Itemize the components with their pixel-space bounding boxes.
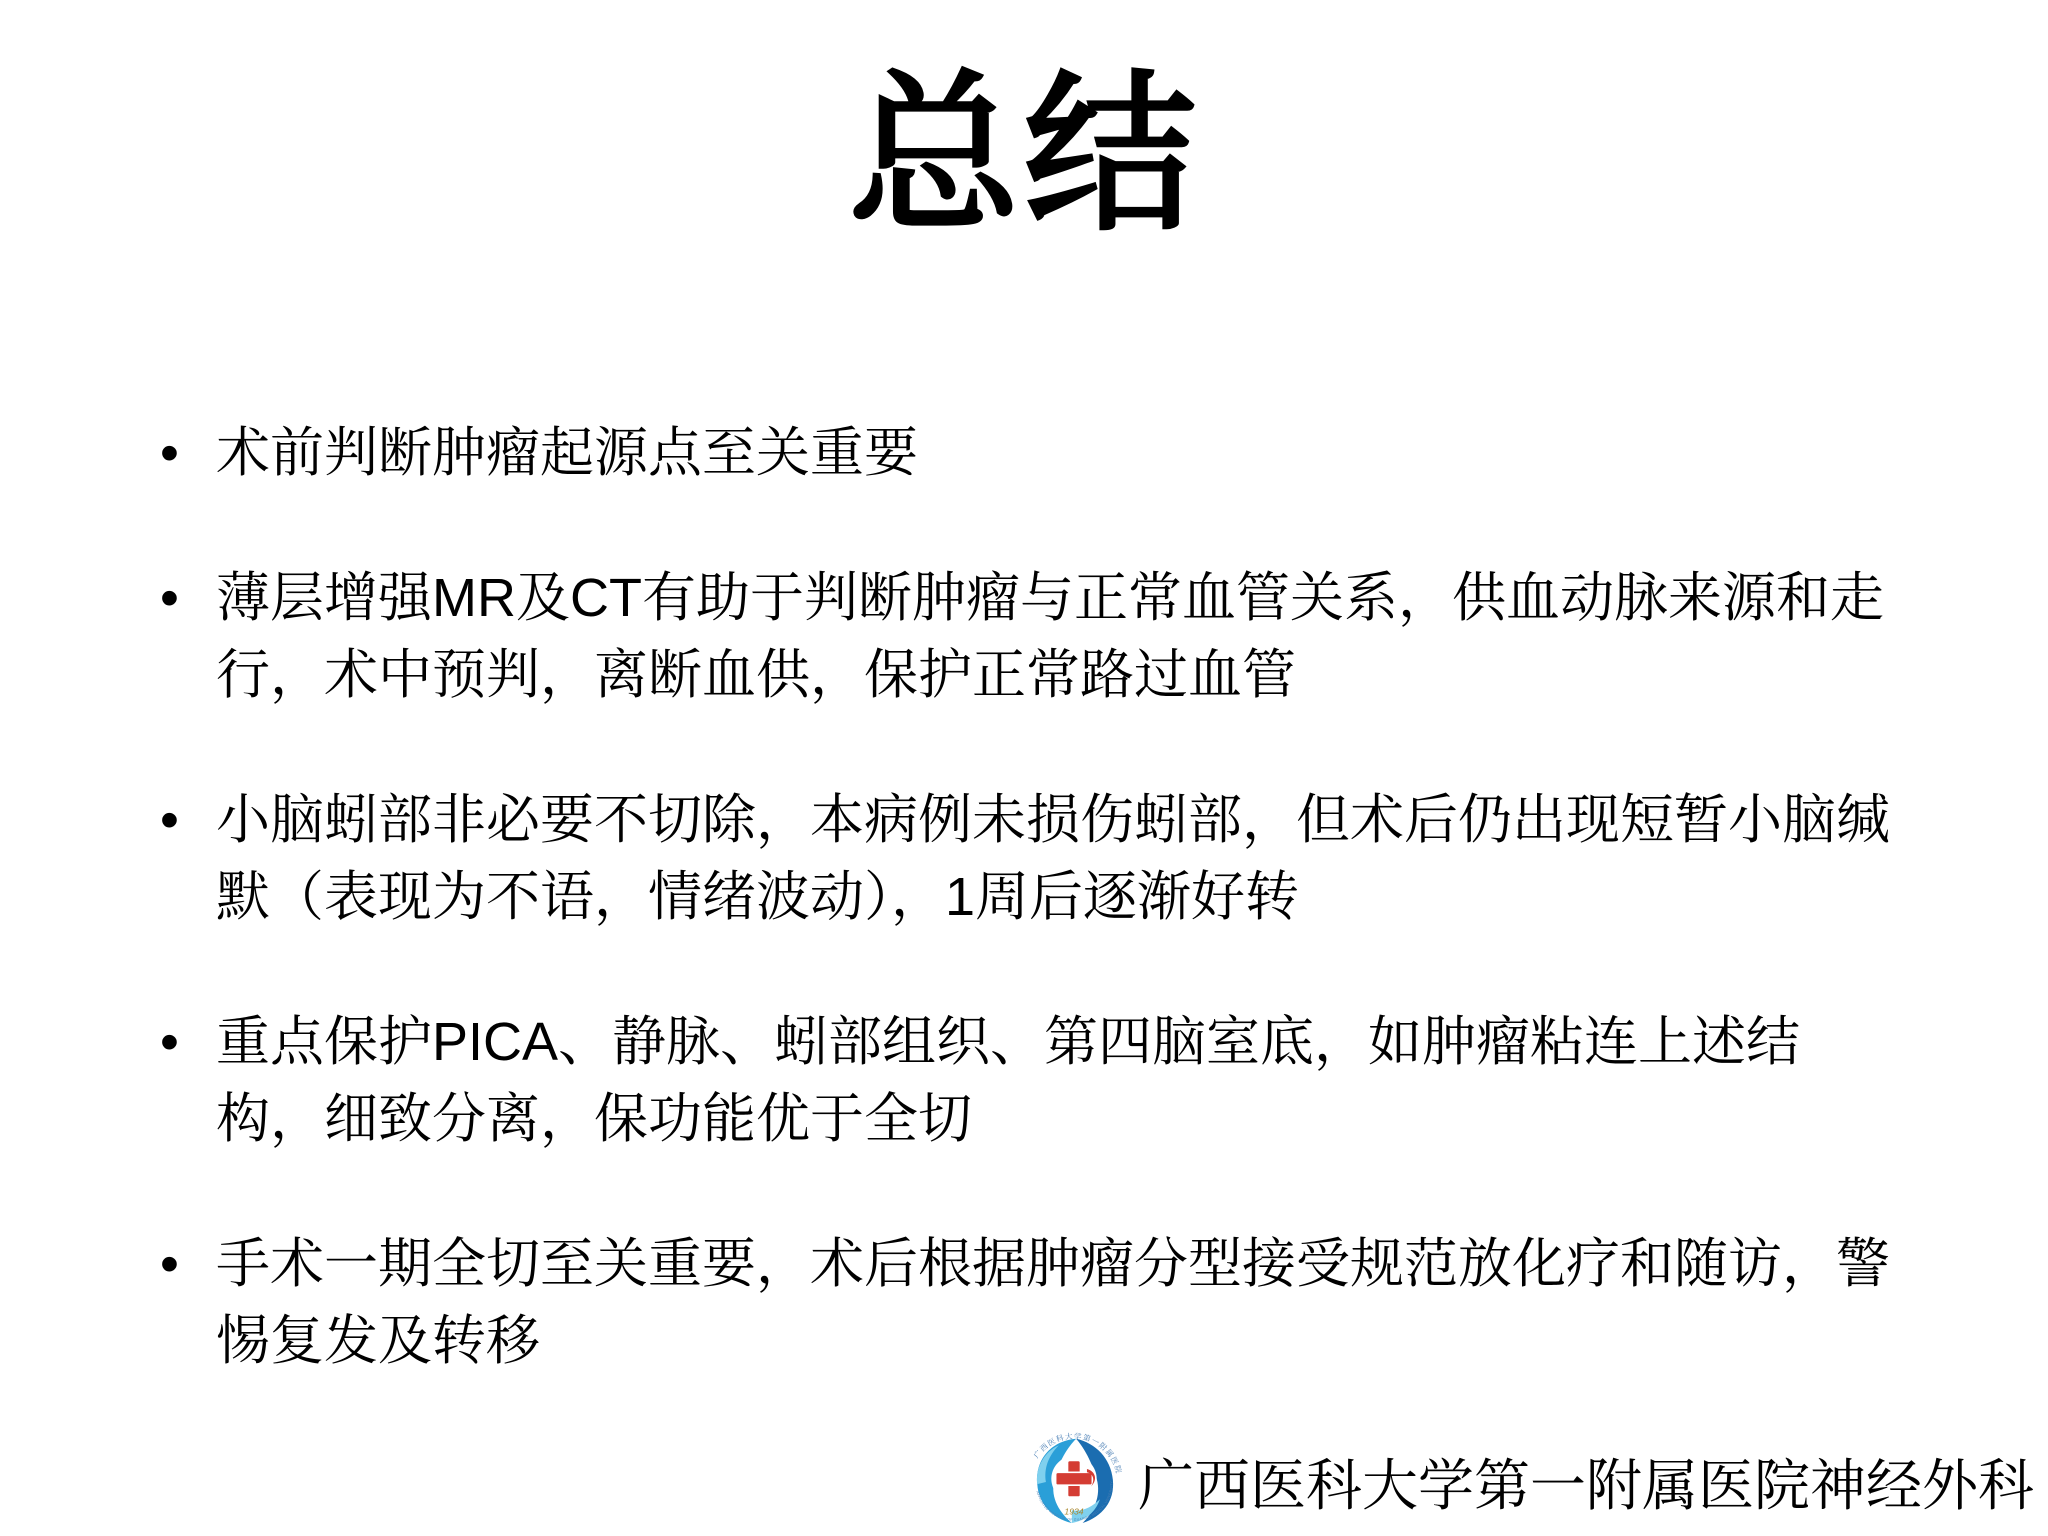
footer: 广西医科大学第一附属医院 AFFILIATED HOSPITAL OF GUAN…	[1020, 1428, 2034, 1536]
bullet-item: • 术前判断肿瘤起源点至关重要	[160, 415, 1936, 492]
bullet-text: 术前判断肿瘤起源点至关重要	[216, 415, 1936, 492]
presentation-slide: 总结 • 术前判断肿瘤起源点至关重要 • 薄层增强MR及CT有助于判断肿瘤与正常…	[0, 0, 2048, 1536]
bullet-text: 小脑蚓部非必要不切除，本病例未损伤蚓部，但术后仍出现短暂小脑缄 默（表现为不语，…	[216, 782, 1936, 936]
footer-affiliation-text: 广西医科大学第一附属医院神经外科	[1138, 1442, 2034, 1522]
bullet-item: • 重点保护PICA、静脉、蚓部组织、第四脑室底，如肿瘤粘连上述结 构，细致分离…	[160, 1004, 1936, 1158]
bullet-marker-icon: •	[160, 1004, 216, 1081]
bullet-text: 重点保护PICA、静脉、蚓部组织、第四脑室底，如肿瘤粘连上述结 构，细致分离，保…	[216, 1004, 1936, 1158]
bullet-marker-icon: •	[160, 782, 216, 859]
bullet-item: • 薄层增强MR及CT有助于判断肿瘤与正常血管关系，供血动脉来源和走 行，术中预…	[160, 560, 1936, 714]
bullet-marker-icon: •	[160, 415, 216, 492]
bullet-text: 手术一期全切至关重要，术后根据肿瘤分型接受规范放化疗和随访，警 惕复发及转移	[216, 1226, 1936, 1380]
bullet-list: • 术前判断肿瘤起源点至关重要 • 薄层增强MR及CT有助于判断肿瘤与正常血管关…	[160, 415, 1936, 1448]
hospital-logo-icon: 广西医科大学第一附属医院 AFFILIATED HOSPITAL OF GUAN…	[1020, 1428, 1128, 1536]
bullet-text: 薄层增强MR及CT有助于判断肿瘤与正常血管关系，供血动脉来源和走 行，术中预判，…	[216, 560, 1936, 714]
bullet-item: • 手术一期全切至关重要，术后根据肿瘤分型接受规范放化疗和随访，警 惕复发及转移	[160, 1226, 1936, 1380]
logo-year-text: 1934	[1064, 1506, 1083, 1516]
bullet-marker-icon: •	[160, 1226, 216, 1303]
slide-title: 总结	[0, 52, 2048, 258]
bullet-marker-icon: •	[160, 560, 216, 637]
bullet-item: • 小脑蚓部非必要不切除，本病例未损伤蚓部，但术后仍出现短暂小脑缄 默（表现为不…	[160, 782, 1936, 936]
